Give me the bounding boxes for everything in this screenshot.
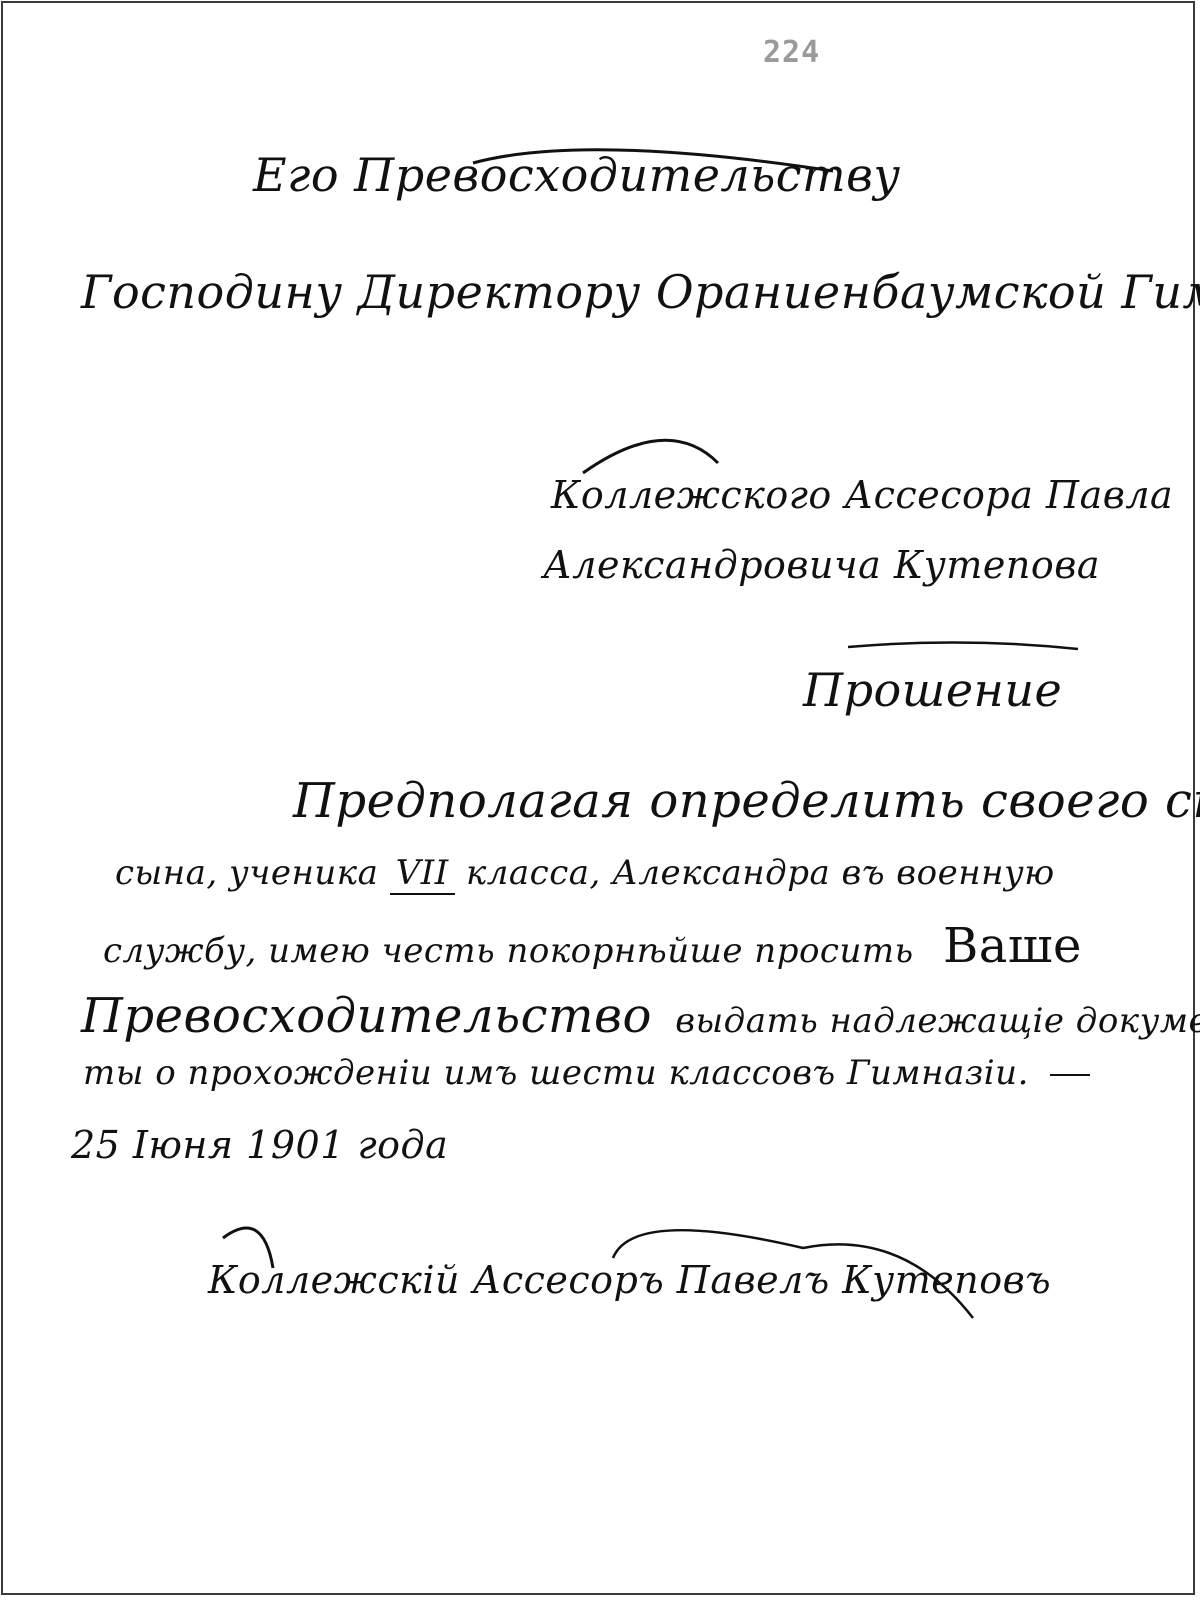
document-date: 25 Iюня 1901 года	[71, 1123, 448, 1167]
dash-decoration	[1050, 1074, 1090, 1076]
sender-line-2: Александровича Кутепова	[543, 543, 1100, 587]
body-line-4-end: выдать надлежащiе докумен-	[675, 1001, 1200, 1041]
body-line-3-end: Ваше	[943, 918, 1082, 974]
body-line-1: Предполагая определить своего старшаго	[293, 773, 1200, 829]
document-title: Прошение	[803, 663, 1062, 717]
body-line-2-start: сына, ученика	[115, 853, 378, 893]
body-line-5: ты о прохожденiи имъ шести классовъ Гимн…	[83, 1053, 1090, 1093]
address-line-2: Господину Директору Ораниенбаумской Гимн…	[81, 265, 1200, 319]
body-line-5-text: ты о прохожденiи имъ шести классовъ Гимн…	[83, 1053, 1029, 1093]
body-line-3-start: службу, имею честь покорнѣйше просить	[103, 931, 914, 971]
flourish-decoration	[843, 635, 1083, 655]
body-line-2: сына, ученика VII класса, Александра въ …	[115, 853, 1055, 893]
body-line-4: Превосходительство выдать надлежащiе док…	[81, 988, 1200, 1044]
signature: Коллежскiй Ассесоръ Павелъ Кутеповъ	[208, 1258, 1051, 1302]
body-line-4-start: Превосходительство	[81, 988, 652, 1044]
body-line-2-end: класса, Александра въ военную	[466, 853, 1055, 893]
document-page: 224 Его Превосходительству Господину Дир…	[1, 1, 1195, 1595]
flourish-decoration	[578, 423, 738, 483]
class-number: VII	[390, 853, 455, 895]
flourish-decoration	[463, 133, 843, 173]
body-line-1-text: Предполагая определить своего старшаго	[293, 773, 1200, 829]
body-line-3: службу, имею честь покорнѣйше просить Ва…	[103, 918, 1082, 974]
page-number: 224	[763, 35, 820, 70]
